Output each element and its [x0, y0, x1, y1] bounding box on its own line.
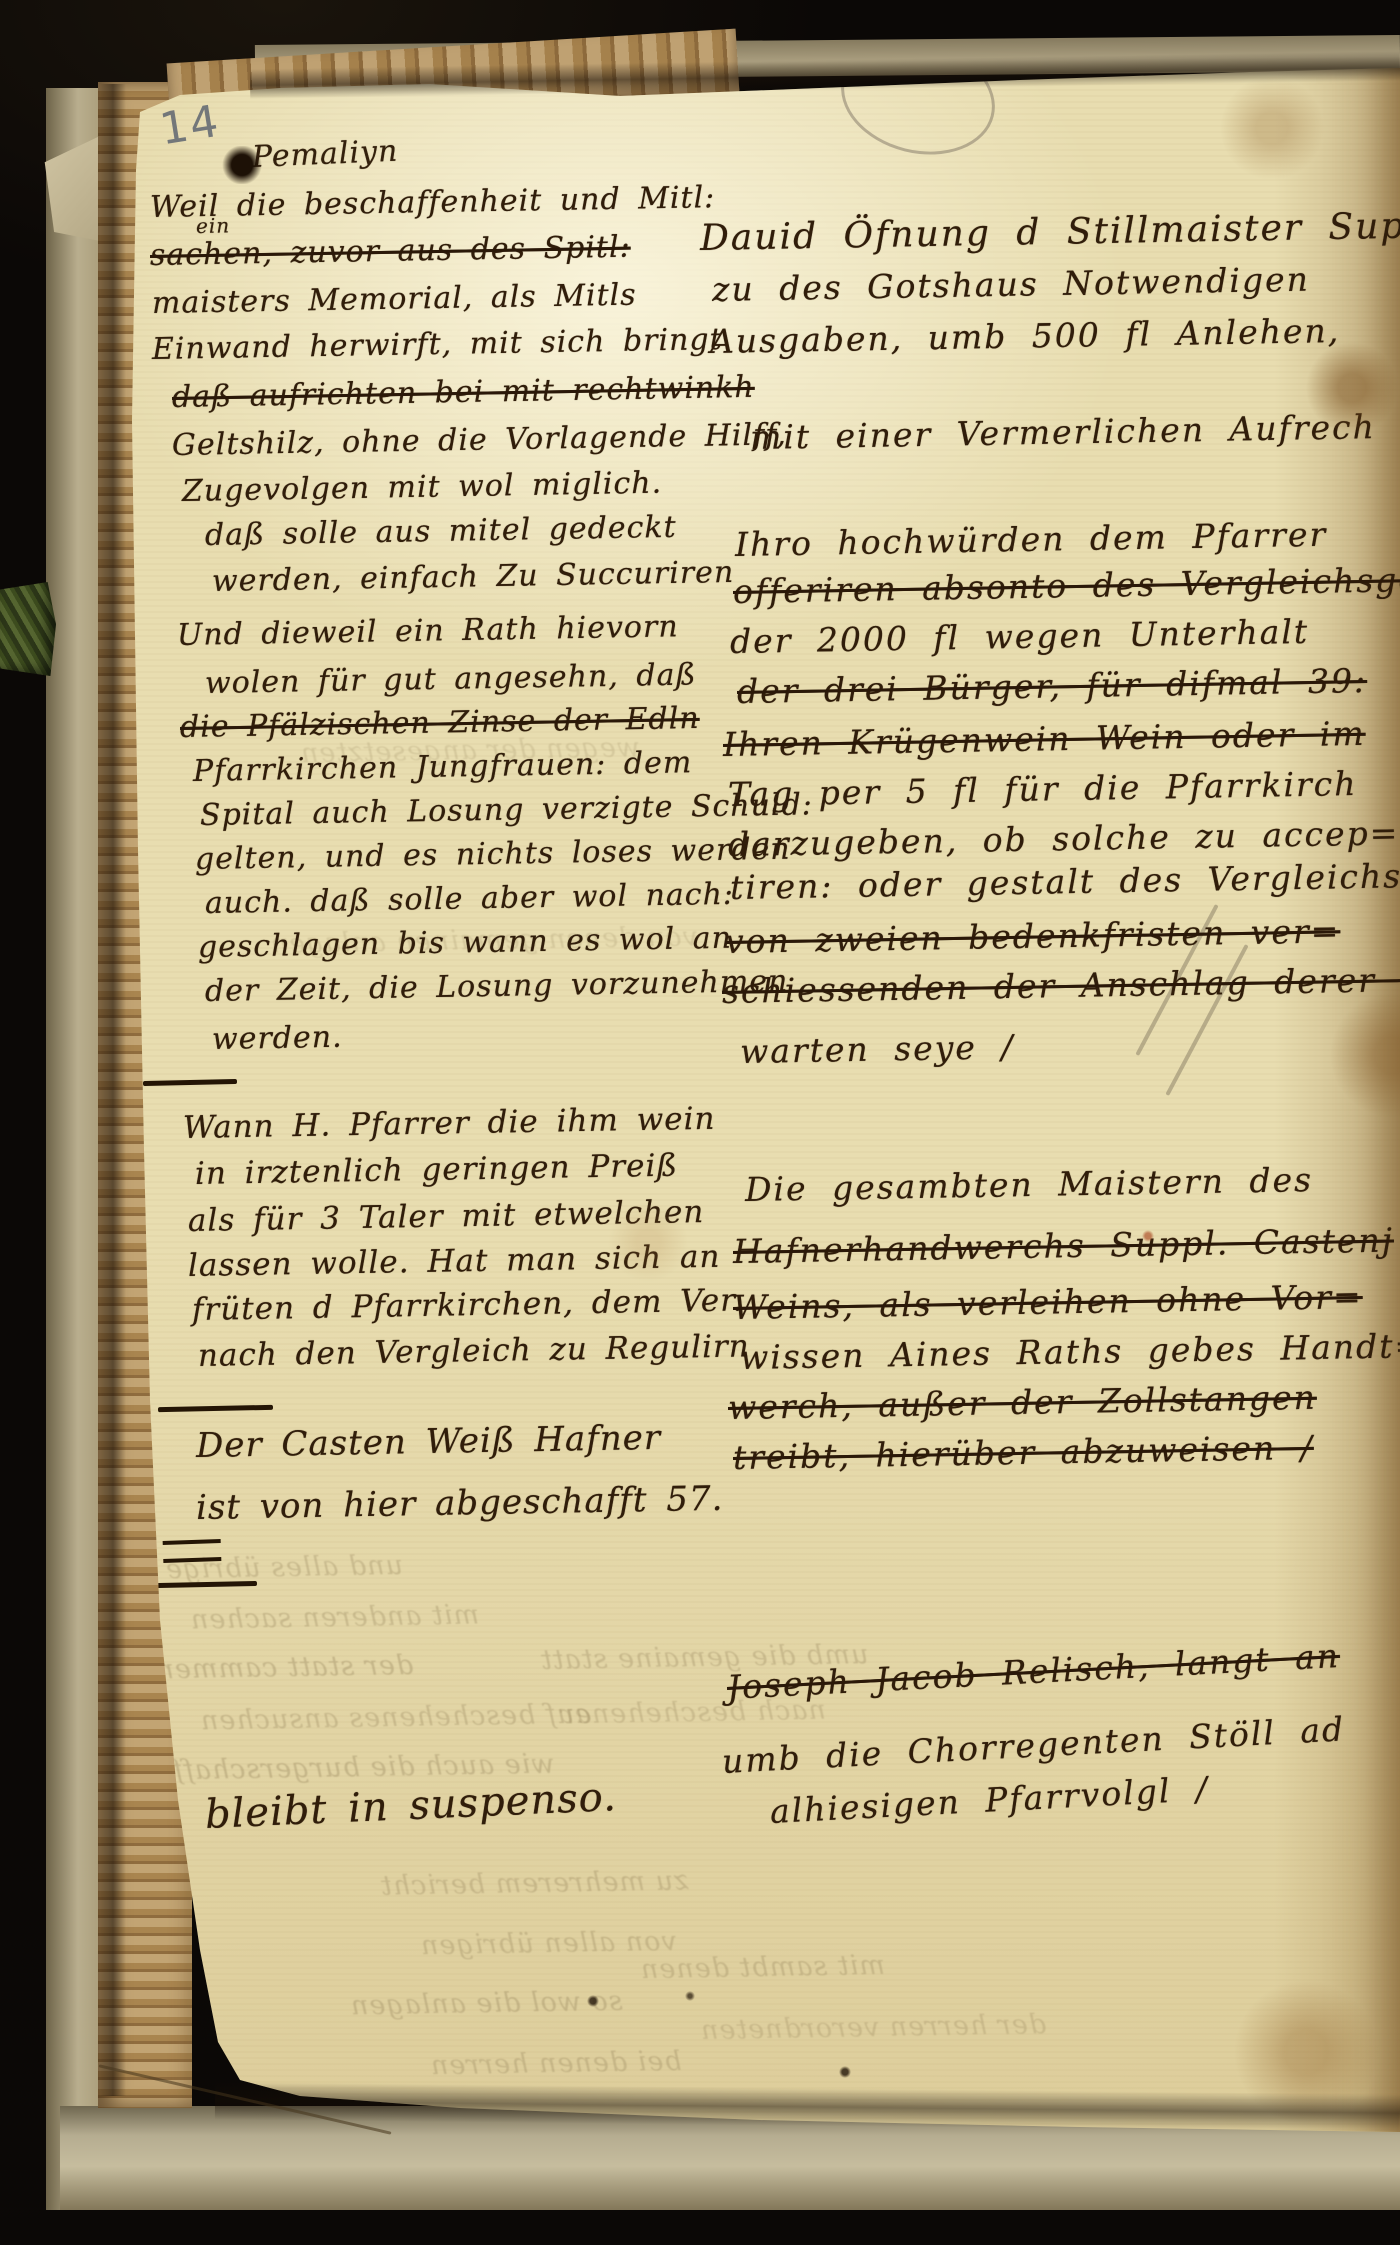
handwritten-line: Wann H. Pfarrer die ihm wein: [183, 1101, 716, 1146]
page-number-pencil: 14: [156, 96, 223, 156]
bleedthrough-ghost-line: der herren verordneten: [700, 2009, 1047, 2046]
handwritten-line: Spital auch Losung verzigte Schuld:: [200, 787, 813, 833]
handwritten-line: daß solle aus mitel gedeckt: [205, 510, 677, 553]
bleedthrough-ghost-line: mit sambt denen: [640, 1950, 885, 1985]
handwritten-line: sachen, zuvor aus des Spitl:: [150, 230, 631, 273]
handwritten-line: Und dieweil ein Rath hievorn: [177, 609, 679, 653]
handwritten-line: ist von hier abgeschafft 57.: [196, 1479, 724, 1528]
handwritten-line: von zweien bedenkfristen ver=: [725, 911, 1341, 961]
handwritten-line: werch, außer der Zollstangen: [728, 1378, 1317, 1427]
handwritten-line: treibt, hierüber abzuweisen /: [733, 1428, 1314, 1477]
handwritten-line: werden.: [212, 1020, 343, 1057]
handwritten-line: maisters Memorial, als Mitls: [152, 278, 637, 321]
handwritten-line: Ihren Krügenwein Wein oder im: [723, 714, 1366, 764]
ink-underline: [143, 1079, 237, 1086]
handwritten-line: Ausgaben, umb 500 fl Anlehen,: [710, 311, 1341, 361]
handwritten-line: zu des Gotshaus Notwendigen: [712, 260, 1310, 309]
handwritten-line: alhiesigen Pfarrvolgl /: [769, 1769, 1210, 1831]
bleedthrough-ghost-line: mit anderen sachen: [190, 1599, 480, 1635]
bookmark-ribbon: [0, 582, 56, 676]
handwritten-line: Zugevolgen mit wol miglich.: [182, 466, 663, 509]
handwritten-line: gelten, und es nichts loses werden: [195, 832, 791, 877]
bleedthrough-ghost-line: der statt cammer: [160, 1650, 414, 1685]
handwritten-line: früten d Pfarrkirchen, dem Ver.: [192, 1282, 744, 1328]
ink-blot: [222, 146, 262, 184]
handwritten-line: in irztenlich geringen Preiß: [195, 1148, 679, 1192]
handwritten-line: Ihro hochwürden dem Pfarrer: [735, 515, 1328, 564]
ink-scribble: [163, 1539, 222, 1563]
handwritten-line: Pfarrkirchen Jungfrauen: dem: [193, 745, 693, 789]
bleedthrough-ghost-line: auf beschehenes ansuchen: [200, 1699, 592, 1737]
bleedthrough-ghost-line: bei denen herren: [430, 2046, 682, 2081]
photograph-background: wegen der angesetzten von denen gemainen…: [0, 0, 1400, 2245]
handwritten-line: der drei Bürger, für difmal 39:: [737, 661, 1368, 711]
handwritten-line: geschlagen bis wann es wol an: [198, 921, 733, 965]
handwritten-line: Dauid Öfnung d Stillmaister Suppl.: [700, 205, 1400, 259]
handwritten-line: darzugeben, ob solche zu accep=: [728, 813, 1400, 864]
ink-rule: [158, 1405, 273, 1412]
handwritten-line: warten seye /: [740, 1027, 1015, 1071]
handwritten-line: Geltshilz, ohne die Vorlagende Hilff,: [172, 417, 787, 463]
bleedthrough-ghost-line: zu mehrerem bericht: [380, 1865, 689, 1901]
handwritten-line: offeriren absonto des Vergleichsgelts: [733, 559, 1400, 611]
handwritten-line: schiessenden der Anschlag derer =: [722, 960, 1400, 1011]
handwritten-line: Tag per 5 fl für die Pfarrkirch: [728, 764, 1358, 814]
handwritten-line: tiren: oder gestalt des Vergleichs: [730, 856, 1400, 907]
handwritten-line: Weins, als verleihen ohne Vor=: [733, 1277, 1363, 1327]
handwritten-line: wolen für gut angesehn, daß: [205, 657, 697, 701]
handwritten-line: Der Casten Weiß Hafner: [196, 1418, 662, 1466]
handwritten-line: daß aufrichten bei mit rechtwinkh: [172, 370, 755, 415]
ink-rule: [157, 1581, 257, 1588]
handwritten-line: der Zeit, die Losung vorzunehmen: [205, 964, 789, 1009]
handwritten-line: der 2000 fl wegen Unterhalt: [730, 612, 1310, 661]
handwritten-line: Einwand herwirft, mit sich bringt: [152, 322, 723, 367]
binding-seam-left: [100, 84, 126, 2096]
handwritten-line: nach den Vergleich zu Regulirn: [198, 1328, 750, 1374]
handwritten-line: auch. daß solle aber wol nach:: [205, 877, 735, 921]
handwritten-line: werden, einfach Zu Succuriren: [212, 555, 735, 599]
interline-correction: ein: [196, 213, 231, 238]
handwritten-line: Die gesambten Maistern des: [745, 1160, 1314, 1209]
entry-heading: Pemaliyn: [251, 134, 399, 175]
handwritten-line: mit einer Vermerlichen Aufrech: [750, 407, 1376, 457]
handwritten-line: lassen wolle. Hat man sich an: [188, 1239, 721, 1284]
handwritten-line: wissen Aines Raths gebes Handt=: [740, 1326, 1400, 1377]
bleedthrough-ghost-line: so wol die anlagen: [350, 1986, 623, 2022]
handwritten-line: als für 3 Taler mit etwelchen: [188, 1194, 705, 1239]
handwritten-line: Weil die beschaffenheit und Mitl:: [150, 180, 716, 225]
manuscript-page: wegen der angesetzten von denen gemainen…: [0, 0, 1400, 2245]
handwritten-line: Hafnerhandwerchs Suppl. Castenj: [733, 1220, 1395, 1271]
bleedthrough-ghost-line: von allen übrigen: [420, 1926, 677, 1961]
